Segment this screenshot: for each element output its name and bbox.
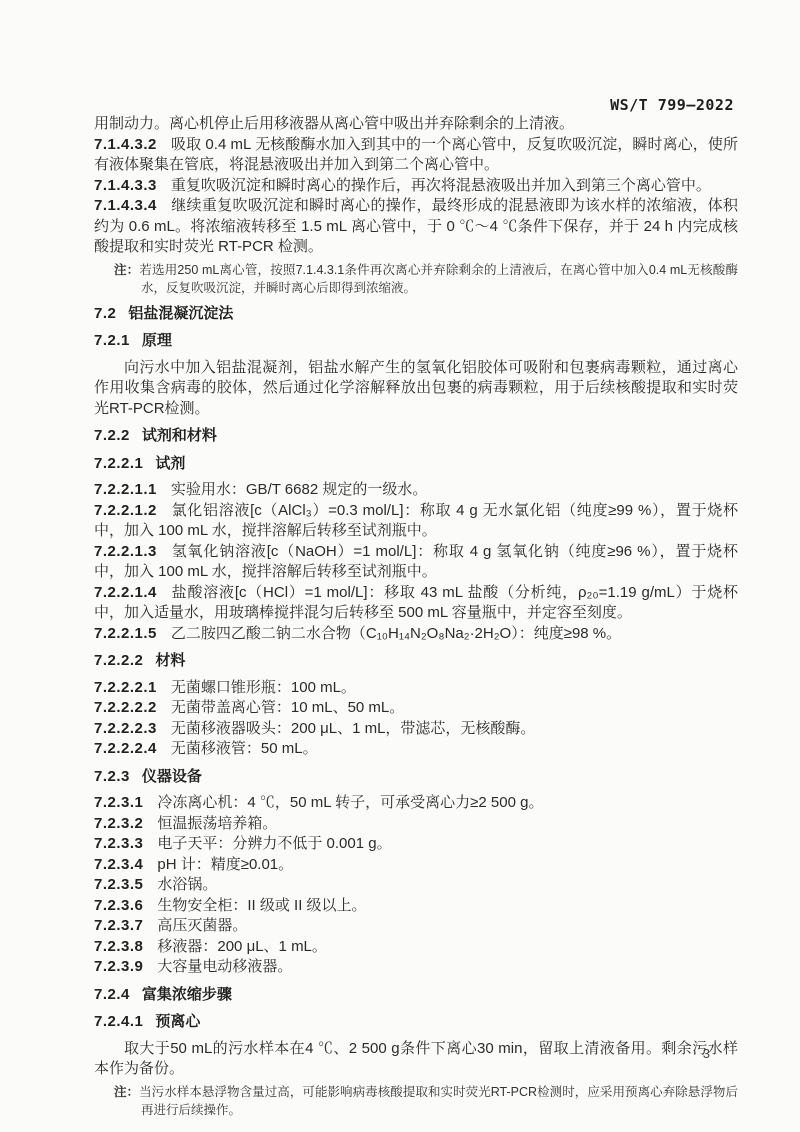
clause: 7.2.3.8移液器：200 μL、1 mL。 [94,937,738,958]
clause: 7.2.3.2恒温振荡培养箱。 [94,814,738,835]
clause: 7.2.2.2.3无菌移液器吸头：200 μL、1 mL，带滤芯，无核酸酶。 [94,719,738,740]
page-number: 3 [703,1046,710,1061]
clause: 7.2.2.2.2无菌带盖离心管：10 mL、50 mL。 [94,698,738,719]
clause: 7.1.4.3.2吸取 0.4 mL 无核酸酶水加入到其中的一个离心管中，反复吹… [94,135,738,176]
document-body: 用制动力。离心机停止后用移液器从离心管中吸出并弃除剩余的上清液。7.1.4.3.… [94,114,738,1124]
heading-text: 仪器设备 [142,768,202,785]
clause: 7.2.2.2.1无菌螺口锥形瓶：100 mL。 [94,678,738,699]
section-heading: 7.2铝盐混凝沉淀法 [94,304,738,325]
clause-number: 7.2.3.1 [94,794,143,811]
clause-number: 7.2.2.1.4 [94,584,157,601]
note: 注：若选用250 mL离心管，按照7.1.4.3.1条件再次离心并弃除剩余的上清… [114,261,738,297]
note-text: 若选用250 mL离心管，按照7.1.4.3.1条件再次离心并弃除剩余的上清液后… [139,263,738,295]
clause-text: pH 计：精度≥0.01。 [157,856,293,873]
clause: 7.2.3.5水浴锅。 [94,875,738,896]
clause: 7.2.3.9大容量电动移液器。 [94,957,738,978]
clause: 7.2.3.4pH 计：精度≥0.01。 [94,855,738,876]
clause: 7.2.3.3电子天平：分辨力不低于 0.001 g。 [94,834,738,855]
clause-text: 生物安全柜：II 级或 II 级以上。 [157,897,366,914]
clause: 7.2.2.1.5乙二胺四乙酸二钠二水合物（C₁₀H₁₄N₂O₈Na₂·2H₂O… [94,624,738,645]
heading-text: 材料 [155,652,185,669]
clause-number: 7.2.2.1.3 [94,543,157,560]
heading-number: 7.2.4.1 [94,1013,143,1030]
clause-text: 继续重复吹吸沉淀和瞬时离心的操作，最终形成的混悬液即为该水样的浓缩液，体积约为 … [94,197,738,255]
clause-number: 7.1.4.3.2 [94,136,157,153]
clause-text: 重复吹吸沉淀和瞬时离心的操作后，再次将混悬液吸出并加入到第三个离心管中。 [171,177,711,194]
clause-text: 吸取 0.4 mL 无核酸酶水加入到其中的一个离心管中，反复吹吸沉淀，瞬时离心，… [94,136,738,174]
clause-text: 冷冻离心机：4 ℃，50 mL 转子，可承受离心力≥2 500 g。 [157,794,543,811]
clause-number: 7.2.3.8 [94,938,143,955]
clause-text: 氯化铝溶液[c（AlCl₃）=0.3 mol/L]：称取 4 g 无水氯化铝（纯… [94,502,738,540]
paragraph: 用制动力。离心机停止后用移液器从离心管中吸出并弃除剩余的上清液。 [94,114,738,135]
heading-number: 7.2.1 [94,332,130,349]
clause-number: 7.2.2.2.2 [94,699,157,716]
clause-number: 7.2.2.2.4 [94,740,157,757]
section-heading: 7.2.1原理 [94,331,738,352]
clause-text: 水浴锅。 [157,876,217,893]
clause-text: 实验用水：GB/T 6682 规定的一级水。 [171,481,427,498]
clause-number: 7.2.2.1.1 [94,481,157,498]
note-text: 当污水样本悬浮物含量过高，可能影响病毒核酸提取和实时荧光RT-PCR检测时，应采… [139,1085,738,1117]
heading-text: 原理 [142,332,172,349]
heading-number: 7.2.4 [94,986,130,1003]
heading-text: 试剂 [155,455,185,472]
clause: 7.2.3.7高压灭菌器。 [94,916,738,937]
paragraph: 向污水中加入铝盐混凝剂，铝盐水解产生的氢氧化铝胶体可吸附和包裹病毒颗粒，通过离心… [94,358,738,420]
clause: 7.2.2.2.4无菌移液管：50 mL。 [94,739,738,760]
clause-number: 7.2.3.2 [94,815,143,832]
heading-number: 7.2.2.2 [94,652,143,669]
clause: 7.2.3.1冷冻离心机：4 ℃，50 mL 转子，可承受离心力≥2 500 g… [94,793,738,814]
section-heading: 7.2.2.2材料 [94,651,738,672]
clause-text: 电子天平：分辨力不低于 0.001 g。 [157,835,391,852]
clause-text: 高压灭菌器。 [157,917,247,934]
clause-number: 7.2.3.7 [94,917,143,934]
clause-number: 7.2.3.5 [94,876,143,893]
clause-number: 7.1.4.3.3 [94,177,157,194]
section-heading: 7.2.2.1试剂 [94,454,738,475]
clause-number: 7.2.3.6 [94,897,143,914]
clause-number: 7.2.2.1.5 [94,625,157,642]
clause: 7.2.2.1.1实验用水：GB/T 6682 规定的一级水。 [94,480,738,501]
clause-text: 氢氧化钠溶液[c（NaOH）=1 mol/L]：称取 4 g 氢氧化钠（纯度≥9… [94,543,738,581]
note-label: 注： [114,263,139,277]
heading-text: 铝盐混凝沉淀法 [128,305,233,322]
clause-text: 无菌带盖离心管：10 mL、50 mL。 [171,699,404,716]
clause-text: 恒温振荡培养箱。 [157,815,277,832]
clause-text: 移液器：200 μL、1 mL。 [157,938,327,955]
heading-text: 试剂和材料 [142,427,217,444]
clause-text: 无菌螺口锥形瓶：100 mL。 [171,679,356,696]
clause-number: 7.2.3.4 [94,856,143,873]
clause-text: 无菌移液器吸头：200 μL、1 mL，带滤芯，无核酸酶。 [171,720,536,737]
section-heading: 7.2.2试剂和材料 [94,426,738,447]
clause: 7.1.4.3.3重复吹吸沉淀和瞬时离心的操作后，再次将混悬液吸出并加入到第三个… [94,176,738,197]
standard-number: WS/T 799—2022 [610,96,734,114]
clause: 7.2.2.1.4盐酸溶液[c（HCl）=1 mol/L]：移取 43 mL 盐… [94,583,738,624]
note-label: 注： [114,1085,139,1099]
clause-text: 无菌移液管：50 mL。 [171,740,318,757]
clause-number: 7.2.2.2.3 [94,720,157,737]
clause-number: 7.1.4.3.4 [94,197,157,214]
clause-number: 7.2.3.9 [94,958,143,975]
section-heading: 7.2.4富集浓缩步骤 [94,985,738,1006]
note: 注：当污水样本悬浮物含量过高，可能影响病毒核酸提取和实时荧光RT-PCR检测时，… [114,1083,738,1119]
clause-text: 盐酸溶液[c（HCl）=1 mol/L]：移取 43 mL 盐酸（分析纯，ρ₂₀… [94,584,738,622]
clause-text: 大容量电动移液器。 [157,958,292,975]
clause-number: 7.2.3.3 [94,835,143,852]
clause: 7.2.2.1.3氢氧化钠溶液[c（NaOH）=1 mol/L]：称取 4 g … [94,542,738,583]
heading-number: 7.2.3 [94,768,130,785]
section-heading: 7.2.3仪器设备 [94,767,738,788]
paragraph: 取大于50 mL的污水样本在4 ℃、2 500 g条件下离心30 min，留取上… [94,1039,738,1080]
clause: 7.2.2.1.2氯化铝溶液[c（AlCl₃）=0.3 mol/L]：称取 4 … [94,501,738,542]
document-page: WS/T 799—2022 用制动力。离心机停止后用移液器从离心管中吸出并弃除剩… [0,0,800,1132]
section-heading: 7.2.4.1预离心 [94,1012,738,1033]
clause: 7.1.4.3.4继续重复吹吸沉淀和瞬时离心的操作，最终形成的混悬液即为该水样的… [94,196,738,258]
heading-number: 7.2.2 [94,427,130,444]
clause-text: 乙二胺四乙酸二钠二水合物（C₁₀H₁₄N₂O₈Na₂·2H₂O）：纯度≥98 %… [171,625,621,642]
heading-number: 7.2.2.1 [94,455,143,472]
clause-number: 7.2.2.1.2 [94,502,157,519]
heading-number: 7.2 [94,305,116,322]
heading-text: 预离心 [155,1013,200,1030]
clause-number: 7.2.2.2.1 [94,679,157,696]
heading-text: 富集浓缩步骤 [142,986,232,1003]
clause: 7.2.3.6生物安全柜：II 级或 II 级以上。 [94,896,738,917]
